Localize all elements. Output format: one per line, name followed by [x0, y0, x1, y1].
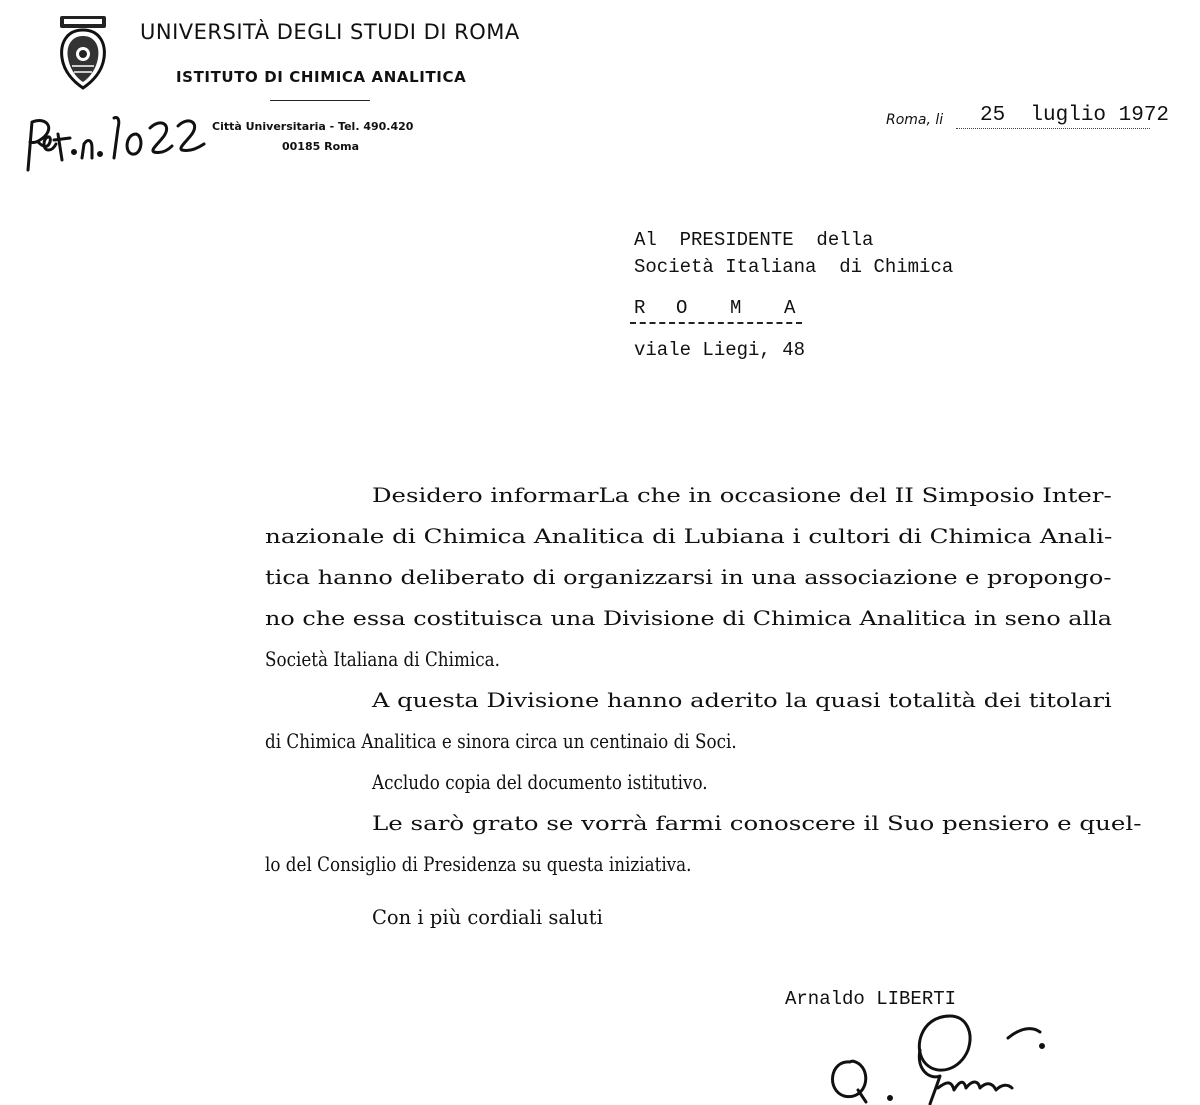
- institute-postcode: 00185 Roma: [282, 140, 359, 153]
- recipient-street: viale Liegi, 48: [634, 339, 805, 361]
- university-crest-icon: [56, 14, 110, 90]
- body-line: lo del Consiglio di Presidenza su questa…: [265, 853, 691, 876]
- city-letter: M: [730, 297, 784, 319]
- body-line: di Chimica Analitica e sinora circa un c…: [265, 730, 737, 753]
- body-line: Le sarò grato se vorrà farmi conoscere i…: [372, 812, 1141, 835]
- handwritten-protocol-number: Prot. n. 1022: [18, 108, 208, 178]
- institute-address: Città Universitaria - Tel. 490.420: [212, 120, 413, 133]
- date-dotted-line: [956, 128, 1150, 129]
- date-value: 25 luglio 1972: [980, 104, 1169, 127]
- city-underline: [630, 322, 802, 324]
- city-letter: O: [676, 297, 730, 319]
- letterhead-divider: [270, 100, 370, 101]
- body-line: Società Italiana di Chimica.: [265, 648, 500, 671]
- body-line: tica hanno deliberato di organizzarsi in…: [265, 566, 1112, 589]
- body-line: Desidero informarLa che in occasione del…: [372, 484, 1112, 507]
- institute-name: ISTITUTO DI CHIMICA ANALITICA: [176, 68, 466, 86]
- university-name: UNIVERSITÀ DEGLI STUDI DI ROMA: [140, 20, 520, 44]
- recipient-title: Al PRESIDENTE della: [634, 229, 873, 251]
- date-label: Roma, li: [886, 112, 943, 128]
- body-line: Accludo copia del documento istitutivo.: [372, 771, 708, 794]
- closing-salutation: Con i più cordiali saluti: [372, 906, 603, 929]
- handwritten-signature-icon: [820, 1010, 1060, 1105]
- signatory-name: Arnaldo LIBERTI: [785, 988, 956, 1010]
- body-line: A questa Divisione hanno aderito la quas…: [372, 689, 1112, 712]
- city-letter: R: [634, 297, 676, 319]
- body-line: nazionale di Chimica Analitica di Lubian…: [265, 525, 1112, 548]
- recipient-city: ROMA: [634, 297, 795, 319]
- body-line: no che essa costituisca una Divisione di…: [265, 607, 1112, 630]
- recipient-organization: Società Italiana di Chimica: [634, 256, 953, 278]
- city-letter: A: [784, 297, 795, 319]
